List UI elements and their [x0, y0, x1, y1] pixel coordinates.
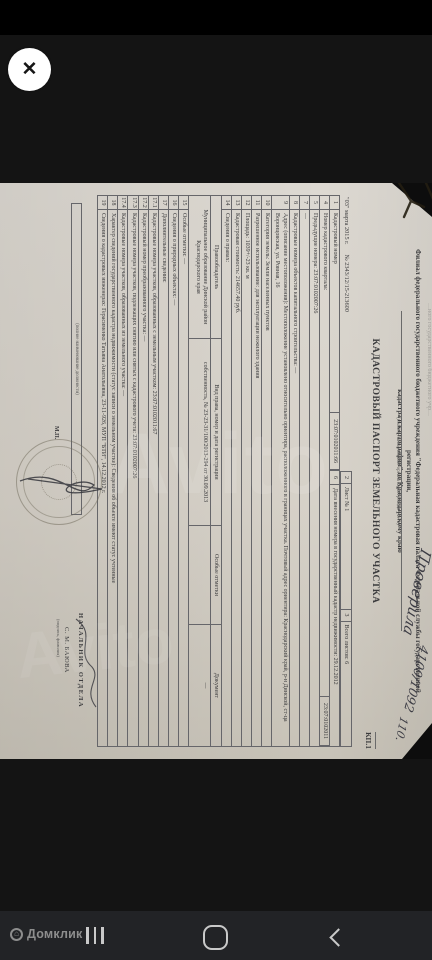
sheet-row: 2 Лист № 1 3 Всего листов: 6: [340, 471, 352, 747]
table-row: 12 Площадь: 1039+/-23 кв. м: [241, 195, 251, 747]
close-button[interactable]: ✕: [8, 48, 51, 91]
meta-row: "03" марта 2015 г. № 2343/12/15-213600 2…: [340, 195, 352, 747]
table-row: 13 Кадастровая стоимость: 214657.40 руб.: [231, 195, 241, 747]
recents-icon[interactable]: [86, 927, 104, 944]
table-row-rights-label: 14 Сведения о правах:: [221, 195, 231, 747]
signer-name: С. М. БАЮВА: [63, 627, 70, 673]
domclick-logo-icon: ⌂: [10, 928, 23, 941]
rights-document: —: [189, 625, 210, 746]
sheet-number: Лист № 1: [341, 484, 351, 610]
back-icon[interactable]: [329, 928, 347, 946]
rights-notes: [189, 526, 210, 625]
table-row: 16 Сведения о природных объектах: —: [168, 195, 178, 747]
rights-type: собственность, № 23-23-31/100/2013-294 о…: [189, 339, 210, 526]
total-sheets: Всего листов: 6: [341, 622, 351, 747]
document-title: КАДАСТРОВЫЙ ПАСПОРТ ЗЕМЕЛЬНОГО УЧАСТКА: [370, 271, 380, 671]
stamp-place-label: М.П.: [53, 426, 59, 439]
rights-table-header: Правообладатель Вид права, номер и дата …: [210, 195, 221, 747]
table-row: 8 Кадастровые номера объектов капитально…: [289, 195, 299, 747]
table-row: 15 Особые отметки: —: [178, 195, 188, 747]
photo-viewer[interactable]: …ного государственного бюджетного учр… Ф…: [0, 183, 432, 759]
signature-caption: (подпись, фамилия): [56, 619, 61, 657]
phone-screen: ✕ …ного государственного бюджетного учр……: [0, 0, 432, 960]
document-paper: …ного государственного бюджетного учр… Ф…: [0, 183, 432, 759]
table-row-address: 9 Адрес (описание местоположения): Место…: [271, 195, 288, 747]
handwritten-number-2: 110.: [393, 715, 410, 744]
cadastral-number-value: 23:07:0102011:66: [330, 412, 339, 470]
signer-position: НАЧАЛЬНИК ОТДЕЛА: [77, 613, 84, 708]
twig-shadow: [0, 183, 432, 243]
rights-table-values: Муниципальное образование Динской район …: [188, 195, 210, 747]
table-row: 4 Номер кадастрового квартала: 23:07:010…: [319, 195, 329, 747]
domclick-label: Домклик: [27, 927, 82, 941]
entry-date: Дата внесения номера в государственный к…: [330, 485, 339, 746]
table-row: 7 —: [299, 195, 309, 747]
form-code: КП.1: [364, 732, 376, 749]
round-stamp: [16, 439, 102, 525]
table-row: 17.4 Кадастровые номера участков, образо…: [117, 195, 127, 747]
table-row: 17.3 Кадастровые номера участков, подлеж…: [127, 195, 137, 747]
table-row: 5 Предыдущие номера: 23:07:0102007:26: [309, 195, 319, 747]
table-row: 10 Категория земель: Земли населенных пу…: [261, 195, 271, 747]
document-table: "03" марта 2015 г. № 2343/12/15-213600 2…: [97, 195, 352, 747]
domclick-watermark: ⌂ Домклик: [10, 927, 82, 941]
table-row: 18 Характер сведений государственного ка…: [107, 195, 117, 747]
document-photo: …ного государственного бюджетного учр… Ф…: [0, 183, 432, 759]
close-icon: ✕: [22, 60, 38, 79]
quarter-number-label: Номер кадастрового квартала:: [320, 210, 329, 692]
quarter-number-value: 23:07:0102011: [320, 696, 329, 746]
status-bar: [0, 0, 432, 35]
table-row: 11 Разрешенное использование: для эксплу…: [251, 195, 261, 747]
org-caption: (полное наименование органа кадастрового…: [395, 311, 402, 631]
android-nav-bar: ⌂ Домклик: [0, 911, 432, 960]
table-row: 1 Кадастровый номер 23:07:0102011:66 6 Д…: [329, 195, 340, 747]
table-row: 17.1 Кадастровые номера участков, образо…: [148, 195, 158, 747]
home-icon[interactable]: [203, 925, 228, 950]
doc-number: № 2343/12/15-213600: [341, 255, 350, 312]
table-row: 17 Дополнительные сведения:: [158, 195, 168, 747]
table-row: 17.2 Кадастровый номер преобразованного …: [138, 195, 148, 747]
